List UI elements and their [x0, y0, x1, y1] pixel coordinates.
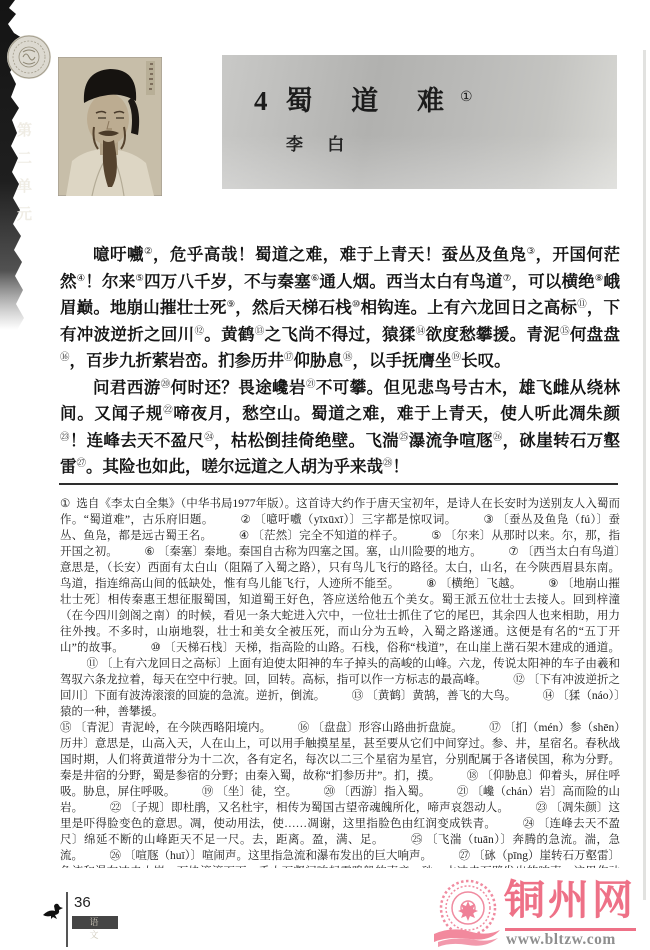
footnote-number: ⑱	[467, 770, 479, 782]
unit-seal-icon	[5, 33, 53, 81]
footnote-marker: ⑭	[416, 327, 426, 337]
author-portrait-image	[58, 57, 162, 196]
footnote-marker: ⑯	[60, 353, 70, 363]
footnote-divider	[59, 483, 618, 485]
footnote-marker: ③	[527, 247, 536, 257]
footnote-marker: ④	[77, 274, 86, 284]
footnotes-block-1: ① 选自《李太白全集》（中华书局1977年版）。这首诗大约作于唐天宝初年，是诗人…	[60, 496, 620, 720]
footnote-number: ㉗	[458, 850, 470, 862]
footnote-marker: ㉖	[493, 433, 503, 443]
page-edge-line	[643, 50, 646, 900]
author-name: 李 白	[286, 130, 617, 155]
footnote-number: ㉔	[523, 818, 535, 830]
footnote-number: ⑯	[298, 722, 310, 734]
unit-label: 第二单元	[13, 122, 34, 234]
footnote-marker: ⑬	[255, 327, 265, 337]
footnote-number: ⑭	[543, 690, 555, 702]
footnote-number: ⑦	[508, 546, 518, 558]
bird-icon	[41, 901, 65, 921]
lesson-number: 4	[254, 86, 268, 116]
footnote-marker: ㉔	[204, 433, 214, 443]
footnote-number: ㉒	[110, 802, 122, 814]
footnote-marker: ㉘	[383, 459, 393, 469]
footnote-number: ⑧	[426, 578, 437, 590]
footnote-marker: ⑥	[311, 274, 320, 284]
footnote-number: ㉕	[410, 834, 423, 846]
footnote-marker: ㉒	[163, 406, 173, 416]
footnote-number: ⑩	[150, 642, 161, 654]
footnote-number: ⑥	[144, 546, 154, 558]
footnote-marker: ⑫	[194, 327, 204, 337]
footnote-number: ㉑	[457, 786, 469, 798]
footnote-marker: ⑧	[595, 274, 604, 284]
footnote-marker: ㉓	[60, 433, 70, 443]
footnote-marker: ⑳	[161, 380, 171, 390]
footnote-marker: ⑩	[352, 300, 361, 310]
footnote-marker: ⑲	[452, 353, 462, 363]
watermark-seal-icon	[432, 876, 502, 948]
footnote-number: ⑳	[324, 786, 336, 798]
poem-body: 噫吁嚱②，危乎高哉！蜀道之难，难于上青天！蚕丛及鱼凫③，开国何茫然④！尔来⑤四万…	[60, 242, 620, 482]
lesson-title-text: 蜀 道 难	[286, 86, 461, 116]
poem-paragraph-2: 问君西游⑳何时还？畏途巉岩㉑不可攀。但见悲鸟号古木，雄飞雌从绕林间。又闻子规㉒啼…	[60, 375, 620, 481]
footnote-number: ④	[239, 530, 250, 542]
footnote-number: ⑲	[202, 786, 214, 798]
footnote-marker: ⑨	[227, 300, 236, 310]
footnote-number: ⑤	[431, 530, 442, 542]
footnotes-section: ① 选自《李太白全集》（中华书局1977年版）。这首诗大约作于唐天宝初年，是诗人…	[60, 496, 620, 868]
page-number: 36	[74, 894, 91, 911]
footnote-marker: ㉕	[399, 433, 409, 443]
footnote-number: ①	[60, 498, 70, 510]
footnote-number: ⑰	[489, 722, 501, 734]
lesson-title-footnote-marker: ①	[460, 90, 473, 105]
footnote-marker: ⑰	[284, 353, 294, 363]
footnote-marker: ②	[144, 247, 153, 257]
footnote-number: ㉓	[535, 802, 547, 814]
footnote-number: ②	[240, 514, 251, 526]
watermark-site-url: www.bltzw.com	[506, 931, 616, 949]
footnote-marker: ⑱	[343, 353, 353, 363]
footnote-marker: ⑤	[135, 274, 144, 284]
footnote-number: ㉖	[109, 850, 121, 862]
lesson-title: 4蜀 道 难①	[254, 79, 617, 118]
poem-paragraph-1: 噫吁嚱②，危乎高哉！蜀道之难，难于上青天！蚕丛及鱼凫③，开国何茫然④！尔来⑤四万…	[60, 242, 620, 375]
footnote-marker: ⑦	[503, 274, 512, 284]
footnote-marker: ⑪	[577, 300, 587, 310]
footnote-marker: ㉑	[306, 380, 316, 390]
footnote-marker: ⑮	[560, 327, 570, 337]
footnote-number: ③	[483, 514, 494, 526]
footer-divider	[66, 892, 68, 947]
footnote-number: ⑨	[548, 578, 559, 590]
footnote-number: ⑬	[352, 690, 364, 702]
footnote-number: ⑪	[86, 658, 98, 670]
watermark-site-name: 铜州网	[504, 878, 636, 922]
footnote-number: ⑮	[60, 722, 72, 734]
footnotes-block-2: ⑮〔青泥〕青泥岭，在今陕西略阳境内。⑯〔盘盘〕形容山路曲折盘旋。⑰〔扪（mén）…	[60, 720, 620, 868]
textbook-page: 第二单元 4蜀 道 难① 李 白 噫吁嚱②，危乎高哉！蜀道之难，难于上青天！蚕	[0, 0, 650, 950]
footnote-marker: ㉗	[77, 459, 87, 469]
watermark: 铜州网 www.bltzw.com	[432, 876, 650, 948]
footnote-number: ⑫	[513, 674, 525, 686]
subject-badge: 语 文	[72, 916, 118, 929]
title-band: 4蜀 道 难① 李 白	[222, 55, 617, 189]
